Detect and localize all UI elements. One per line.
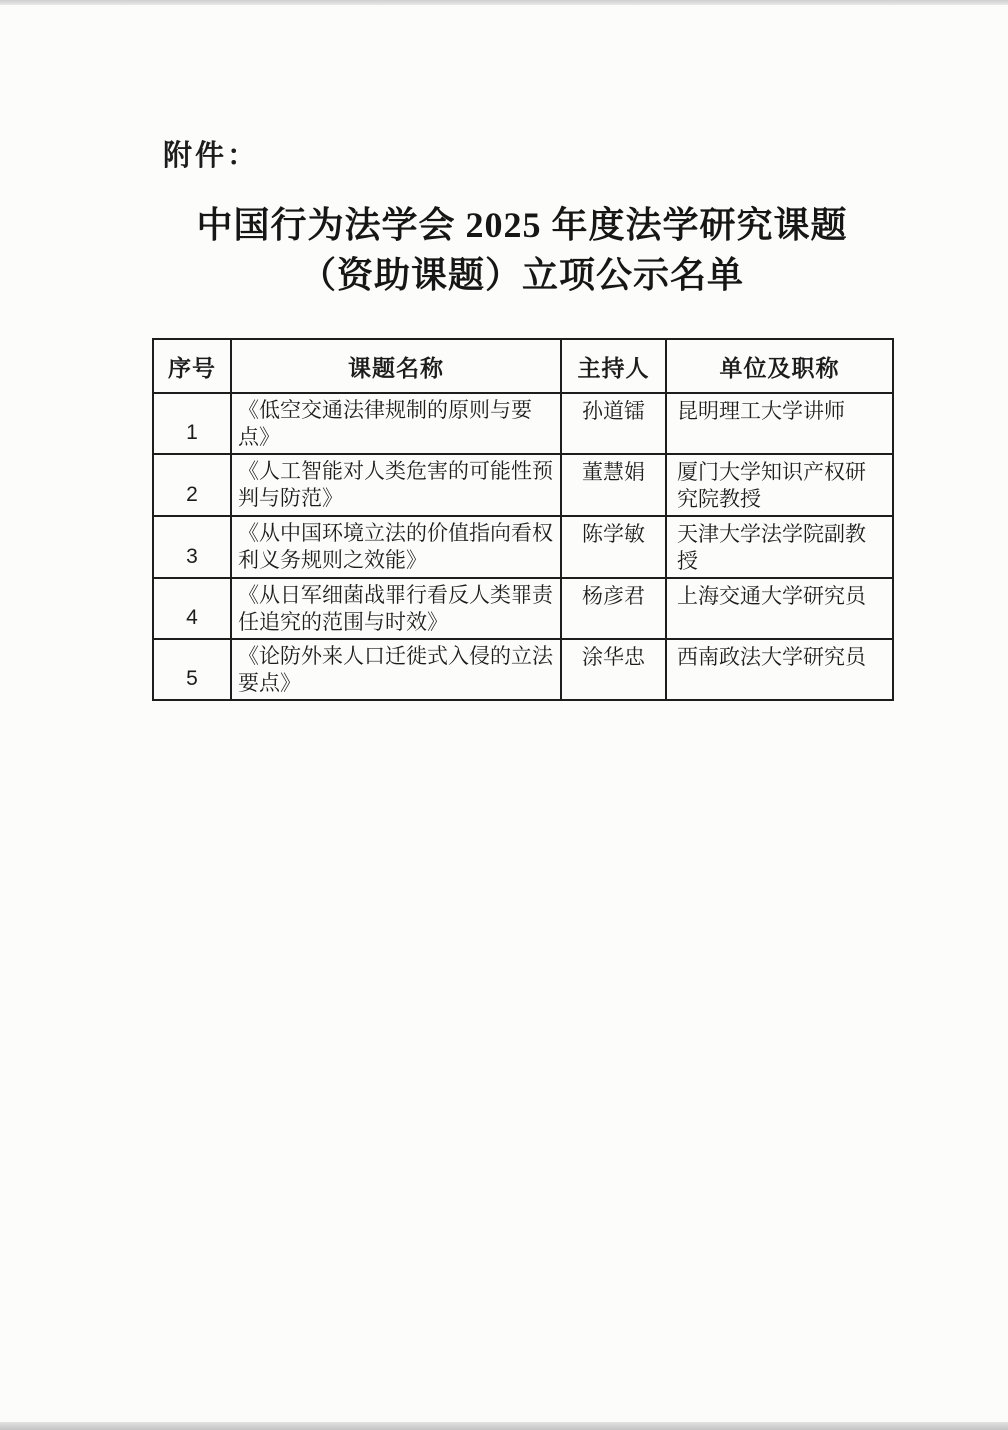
cell-host-name: 董慧娟 xyxy=(561,454,666,516)
scan-edge-top xyxy=(0,0,1008,5)
scan-edge-bottom xyxy=(0,1422,1008,1430)
table-row: 2 《人工智能对人类危害的可能性预判与防范》 董慧娟 厦门大学知识产权研究院教授 xyxy=(153,454,893,516)
header-cell-serial-number: 序号 xyxy=(153,339,231,393)
cell-serial-number: 4 xyxy=(153,578,231,639)
cell-topic-title: 《人工智能对人类危害的可能性预判与防范》 xyxy=(231,454,561,516)
table-row: 4 《从日军细菌战罪行看反人类罪责任追究的范围与时效》 杨彦君 上海交通大学研究… xyxy=(153,578,893,639)
table-row: 5 《论防外来人口迁徙式入侵的立法要点》 涂华忠 西南政法大学研究员 xyxy=(153,639,893,700)
cell-host-name: 陈学敏 xyxy=(561,516,666,578)
header-cell-unit-and-title: 单位及职称 xyxy=(666,339,893,393)
cell-unit-and-title: 上海交通大学研究员 xyxy=(666,578,893,639)
document-title-line-1: 中国行为法学会 2025 年度法学研究课题 xyxy=(132,200,912,250)
header-cell-topic-name: 课题名称 xyxy=(231,339,561,393)
cell-serial-number: 1 xyxy=(153,393,231,454)
cell-topic-title: 《论防外来人口迁徙式入侵的立法要点》 xyxy=(231,639,561,700)
attachment-label: 附件： xyxy=(163,133,259,174)
cell-serial-number: 2 xyxy=(153,454,231,516)
cell-topic-title: 《低空交通法律规制的原则与要点》 xyxy=(231,393,561,454)
cell-host-name: 孙道镭 xyxy=(561,393,666,454)
table-body: 1 《低空交通法律规制的原则与要点》 孙道镭 昆明理工大学讲师 2 《人工智能对… xyxy=(153,393,893,700)
cell-serial-number: 5 xyxy=(153,639,231,700)
cell-topic-title: 《从日军细菌战罪行看反人类罪责任追究的范围与时效》 xyxy=(231,578,561,639)
cell-host-name: 杨彦君 xyxy=(561,578,666,639)
header-cell-host: 主持人 xyxy=(561,339,666,393)
cell-unit-and-title: 西南政法大学研究员 xyxy=(666,639,893,700)
document-title-line-2: （资助课题）立项公示名单 xyxy=(132,250,912,300)
document-title: 中国行为法学会 2025 年度法学研究课题 （资助课题）立项公示名单 xyxy=(132,200,912,300)
table-row: 3 《从中国环境立法的价值指向看权利义务规则之效能》 陈学敏 天津大学法学院副教… xyxy=(153,516,893,578)
cell-topic-title: 《从中国环境立法的价值指向看权利义务规则之效能》 xyxy=(231,516,561,578)
cell-unit-and-title: 厦门大学知识产权研究院教授 xyxy=(666,454,893,516)
cell-unit-and-title: 天津大学法学院副教授 xyxy=(666,516,893,578)
scanned-document-page: { "document": { "attachment_label": "附件：… xyxy=(0,0,1008,1430)
cell-serial-number: 3 xyxy=(153,516,231,578)
topics-table: 序号 课题名称 主持人 单位及职称 1 《低空交通法律规制的原则与要点》 孙道镭… xyxy=(152,338,894,701)
table-header-row: 序号 课题名称 主持人 单位及职称 xyxy=(153,339,893,393)
table-row: 1 《低空交通法律规制的原则与要点》 孙道镭 昆明理工大学讲师 xyxy=(153,393,893,454)
cell-host-name: 涂华忠 xyxy=(561,639,666,700)
cell-unit-and-title: 昆明理工大学讲师 xyxy=(666,393,893,454)
